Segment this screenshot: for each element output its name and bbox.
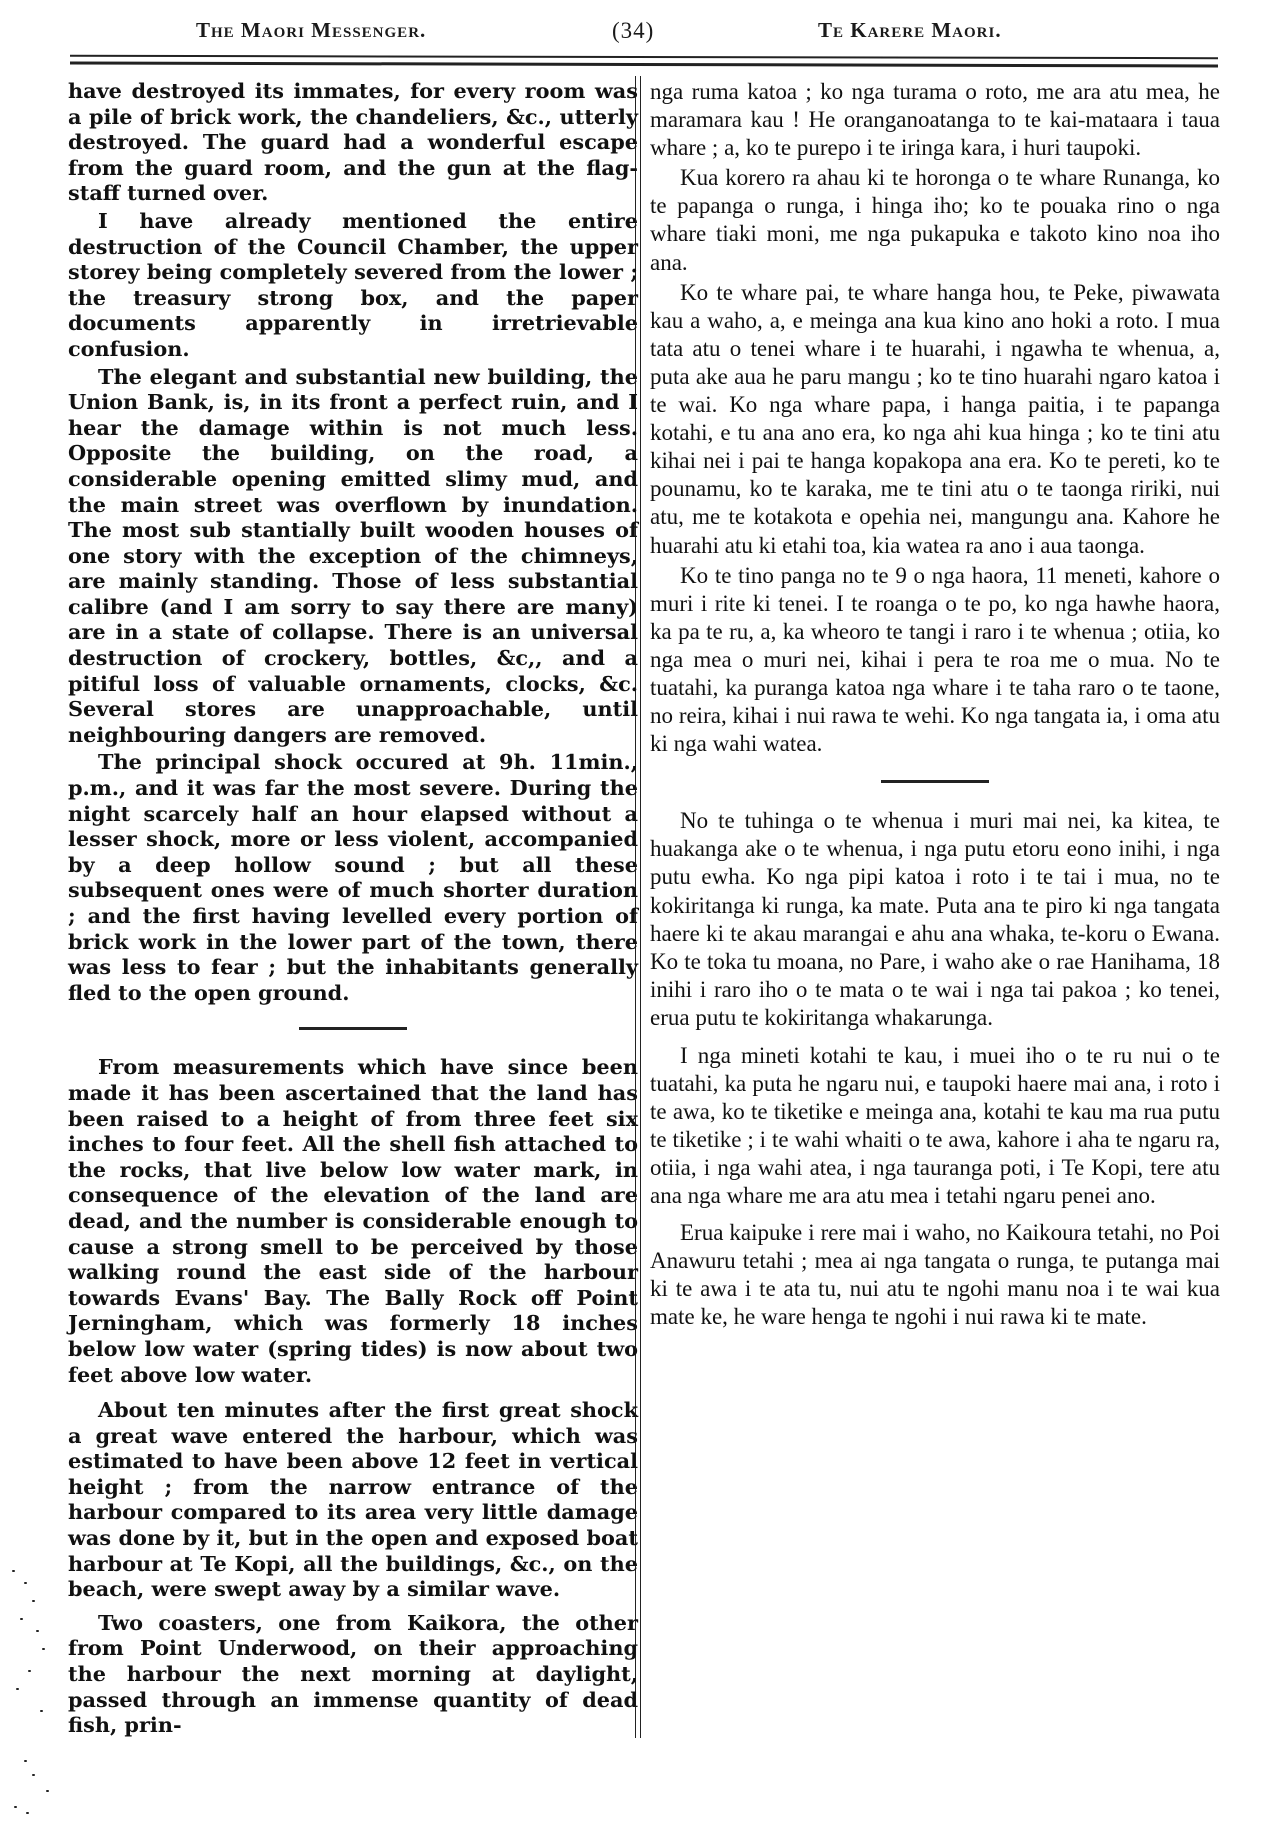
paragraph: Two coasters, one from Kaikora, the othe… <box>68 1610 638 1738</box>
paragraph: I have already mentioned the entire dest… <box>68 208 638 362</box>
paragraph: No te tuhinga o te whenua i muri mai nei… <box>650 807 1220 1032</box>
masthead-maori: Te Karere Maori. <box>818 18 1002 43</box>
paragraph: Ko te whare pai, te whare hanga hou, te … <box>650 279 1220 560</box>
page-number: (34) <box>612 18 654 44</box>
scan-noise-specks <box>2 1560 72 1820</box>
section-separator <box>299 1027 407 1030</box>
masthead-english: The Maori Messenger. <box>196 18 426 43</box>
paragraph: Ko te tino panga no te 9 o nga haora, 11… <box>650 562 1220 759</box>
paragraph: I nga mineti kotahi te kau, i muei iho o… <box>650 1042 1220 1211</box>
column-divider-right <box>640 76 641 1738</box>
paragraph: nga ruma katoa ; ko nga turama o roto, m… <box>650 78 1220 162</box>
paragraph: have destroyed its immates, for every ro… <box>68 78 638 206</box>
paragraph: About ten minutes after the first great … <box>68 1397 638 1602</box>
maori-column: nga ruma katoa ; ko nga turama o roto, m… <box>650 78 1220 1333</box>
paragraph: The elegant and substantial new building… <box>68 364 638 748</box>
english-column: have destroyed its immates, for every ro… <box>68 78 638 1740</box>
section-separator <box>881 780 989 783</box>
paragraph: Erua kaipuke i rere mai i waho, no Kaiko… <box>650 1219 1220 1331</box>
header-rule-thick <box>70 61 1218 67</box>
paragraph: The principal shock occured at 9h. 11min… <box>68 749 638 1005</box>
paragraph: Kua korero ra ahau ki te horonga o te wh… <box>650 164 1220 276</box>
paragraph: From measurements which have since been … <box>68 1054 638 1387</box>
page-header: The Maori Messenger. (34) Te Karere Maor… <box>0 18 1280 58</box>
